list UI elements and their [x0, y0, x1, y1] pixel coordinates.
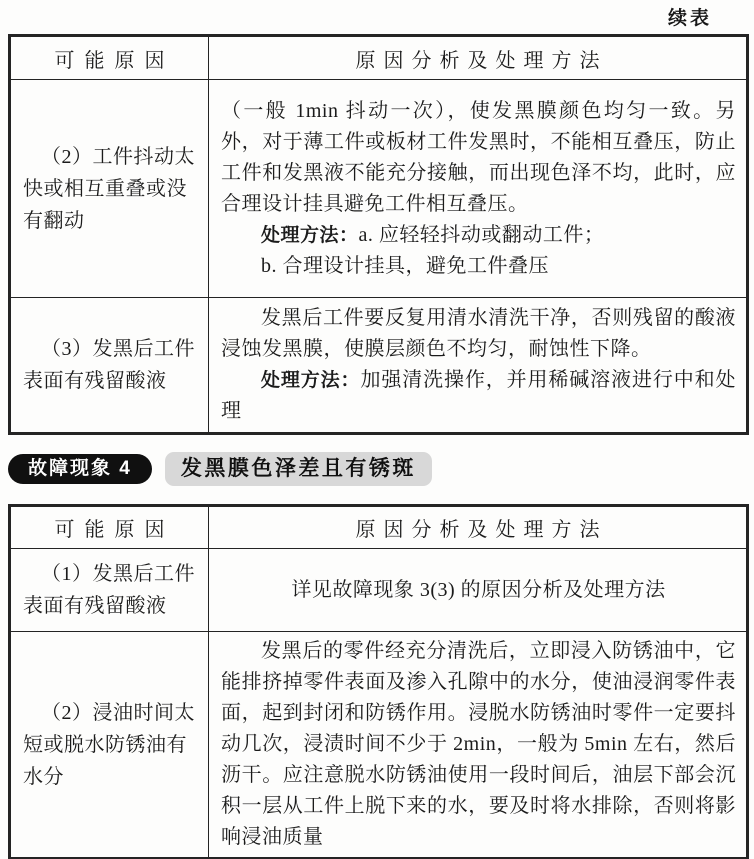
fault-table-3: 可能原因 原因分析及处理方法 （2）工件抖动太快或相互重叠或没有翻动 （一般 1…	[8, 34, 749, 435]
continued-table-label: 续表	[668, 3, 712, 30]
section-heading: 故障现象 4 发黑膜色泽差且有锈斑	[8, 452, 432, 486]
fault-number-badge: 故障现象 4	[8, 454, 152, 484]
cause-cell: （1）发黑后工件表面有残留酸液	[10, 549, 209, 632]
table-row: （2）浸油时间太短或脱水防锈油有水分 发黑后的零件经充分清洗后，立即浸入防锈油中…	[10, 632, 748, 859]
table-header-row: 可能原因 原因分析及处理方法	[10, 506, 748, 549]
analysis-cell: 发黑后的零件经充分清洗后，立即浸入防锈油中，它能排挤掉零件表面及渗入孔隙中的水分…	[209, 632, 748, 859]
cause-text: （2）工件抖动太快或相互重叠或没有翻动	[23, 141, 196, 237]
table-row: （3）发黑后工件表面有残留酸液 发黑后工件要反复用清水清洗干净，否则残留的酸液浸…	[10, 298, 748, 434]
analysis-paragraph: 发黑后工件要反复用清水清洗干净，否则残留的酸液浸蚀发黑膜，使膜层颜色不均匀，耐蚀…	[221, 303, 736, 365]
cause-cell: （2）工件抖动太快或相互重叠或没有翻动	[10, 80, 209, 298]
cause-cell: （3）发黑后工件表面有残留酸液	[10, 298, 209, 434]
cause-text: （2）浸油时间太短或脱水防锈油有水分	[23, 697, 196, 793]
analysis-cell: 详见故障现象 3(3) 的原因分析及处理方法	[209, 549, 748, 632]
col-header-cause: 可能原因	[10, 506, 209, 549]
col-header-cause: 可能原因	[10, 36, 209, 80]
analysis-paragraph: 处理方法：加强清洗操作，并用稀碱溶液进行中和处理	[221, 365, 736, 427]
analysis-cell: 发黑后工件要反复用清水清洗干净，否则残留的酸液浸蚀发黑膜，使膜层颜色不均匀，耐蚀…	[209, 298, 748, 434]
col-header-analysis: 原因分析及处理方法	[209, 36, 748, 80]
analysis-paragraph: b. 合理设计挂具，避免工件叠压	[221, 251, 736, 282]
cause-cell: （2）浸油时间太短或脱水防锈油有水分	[10, 632, 209, 859]
method-label: 处理方法：	[261, 370, 360, 391]
fault-table-4: 可能原因 原因分析及处理方法 （1）发黑后工件表面有残留酸液 详见故障现象 3(…	[8, 504, 749, 859]
fault-title: 发黑膜色泽差且有锈斑	[165, 452, 432, 486]
col-header-analysis: 原因分析及处理方法	[209, 506, 748, 549]
cause-text: （1）发黑后工件表面有残留酸液	[23, 558, 196, 622]
analysis-cell: （一般 1min 抖动一次），使发黑膜颜色均匀一致。另外，对于薄工件或板材工件发…	[209, 80, 748, 298]
table-row: （2）工件抖动太快或相互重叠或没有翻动 （一般 1min 抖动一次），使发黑膜颜…	[10, 80, 748, 298]
table-row: （1）发黑后工件表面有残留酸液 详见故障现象 3(3) 的原因分析及处理方法	[10, 549, 748, 632]
analysis-paragraph: 详见故障现象 3(3) 的原因分析及处理方法	[221, 575, 736, 606]
analysis-paragraph: 处理方法：a. 应轻轻抖动或翻动工件；	[221, 220, 736, 251]
cause-text: （3）发黑后工件表面有残留酸液	[23, 333, 196, 397]
method-label: 处理方法：	[261, 225, 359, 246]
table-header-row: 可能原因 原因分析及处理方法	[10, 36, 748, 80]
document-page: 续表 可能原因 原因分析及处理方法 （2）工件抖动太快或相互重叠或没有翻动 （一…	[0, 0, 754, 859]
analysis-paragraph: （一般 1min 抖动一次），使发黑膜颜色均匀一致。另外，对于薄工件或板材工件发…	[221, 96, 736, 220]
analysis-paragraph: 发黑后的零件经充分清洗后，立即浸入防锈油中，它能排挤掉零件表面及渗入孔隙中的水分…	[221, 636, 736, 853]
